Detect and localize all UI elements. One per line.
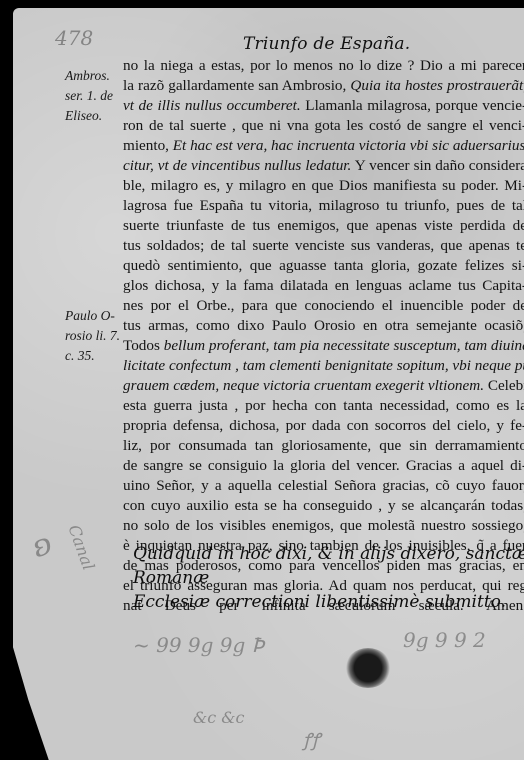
text-segment: tus armas, como dixo Paulo Orosio en otr… (123, 317, 524, 334)
text-line: liz, por consumada tan gloriosamente, qu… (123, 436, 524, 456)
text-line: con cuyo auxilio esta se ha conseguido ,… (123, 496, 524, 516)
handwritten-folio-number: 478 (55, 26, 93, 50)
text-segment: con cuyo auxilio esta se ha conseguido ,… (123, 497, 524, 514)
marginal-note-ambrose: Ambros. ser. 1. de Eliseo. (65, 66, 113, 126)
text-segment: no la niega a estas, por lo menos no lo … (123, 57, 524, 74)
text-line: quedò sentimiento, que aguasse tanta glo… (123, 256, 524, 276)
text-segment: esta guerra justa , por hecha con tanta … (123, 397, 524, 414)
document-page: 478 Triunfo de España. Ambros. ser. 1. d… (13, 8, 524, 760)
text-line: suerte triunfaste de tus enemigos, que a… (123, 216, 524, 236)
text-segment: miento, (123, 137, 173, 154)
text-line: esta guerra justa , por hecha con tanta … (123, 396, 524, 416)
text-line: grauem cædem, neque victoria cruentam ex… (123, 376, 524, 396)
colophon-line: Quidquid in hoc dixi, & in alijs dixero,… (133, 542, 524, 590)
text-line: la razõ gallardamente san Ambrosio, Quia… (123, 76, 524, 96)
marginal-line: rosio li. 7. (65, 326, 120, 346)
text-segment: de sangre se consiguio la gloria del ven… (123, 457, 524, 474)
text-segment: no solo de los visibles enemigos, que mo… (123, 517, 524, 534)
text-line: licitate confectum , tam clementi benign… (123, 356, 524, 376)
text-segment: Y vencer sin daño considera (351, 157, 524, 174)
marginal-note-orosius: Paulo O- rosio li. 7. c. 35. (65, 306, 120, 366)
marginal-line: Eliseo. (65, 106, 113, 126)
latin-quotation: Et hac est vera, hac incruenta victoria … (173, 137, 524, 154)
text-segment: propria defensa, dichosa, por dada con s… (123, 417, 524, 434)
text-line: lagrosa fue España tu vitoria, milagroso… (123, 196, 524, 216)
text-segment: lagrosa fue España tu vitoria, milagroso… (123, 197, 524, 214)
submission-colophon: Quidquid in hoc dixi, & in alijs dixero,… (133, 542, 524, 614)
text-line: uino Señor, y a aquella celestial Señora… (123, 476, 524, 496)
colophon-line: Ecclesiæ correctioni libentissimè submit… (133, 590, 524, 614)
handwritten-scribble: ʚ (28, 526, 57, 565)
text-segment: la razõ gallardamente san Ambrosio, (123, 77, 350, 94)
marginal-line: c. 35. (65, 346, 120, 366)
text-segment: uino Señor, y a aquella celestial Señora… (123, 477, 524, 494)
text-segment: nes por el Orbe., para que conociendo el… (123, 297, 524, 314)
text-line: propria defensa, dichosa, por dada con s… (123, 416, 524, 436)
text-segment: tus soldados; de tal suerte venciste sus… (123, 237, 524, 254)
text-line: no la niega a estas, por lo menos no lo … (123, 56, 524, 76)
marginal-line: ser. 1. de (65, 86, 113, 106)
text-segment: Llamanla milagrosa, porque vencie- (301, 97, 524, 114)
text-line: ron de tal suerte , que ni vna gota les … (123, 116, 524, 136)
marginal-line: Paulo O- (65, 306, 120, 326)
text-segment: suerte triunfaste de tus enemigos, que a… (123, 217, 524, 234)
text-line: citur, vt de vincentibus nullus ledatur.… (123, 156, 524, 176)
text-segment: ron de tal suerte , que ni vna gota les … (123, 117, 524, 134)
text-line: de sangre se consiguio la gloria del ven… (123, 456, 524, 476)
text-line: tus soldados; de tal suerte venciste sus… (123, 236, 524, 256)
text-line: glos dichosa, y la fama dilatada en leng… (123, 276, 524, 296)
latin-quotation: vt de illis nullus occumberet. (123, 97, 301, 114)
text-line: nes por el Orbe., para que conociendo el… (123, 296, 524, 316)
latin-quotation: Quia ita hostes prostrauerãt, (350, 77, 524, 94)
latin-quotation: citur, vt de vincentibus nullus ledatur. (123, 157, 351, 174)
marginal-line: Ambros. (65, 66, 113, 86)
text-segment: ble, milagro es, y milagro en que Dios m… (123, 177, 524, 194)
latin-quotation: licitate confectum , tam clementi benign… (123, 357, 524, 374)
running-head: Triunfo de España. (243, 34, 410, 54)
text-line: ble, milagro es, y milagro en que Dios m… (123, 176, 524, 196)
latin-quotation: grauem cædem, neque victoria cruentam ex… (123, 377, 484, 394)
handwritten-scribble: ~ 99 9g 9g Ꝥ (133, 633, 264, 657)
text-line: tus armas, como dixo Paulo Orosio en otr… (123, 316, 524, 336)
text-line: Todos bellum proferant, tam pia necessit… (123, 336, 524, 356)
body-text: no la niega a estas, por lo menos no lo … (123, 56, 524, 616)
text-segment: glos dichosa, y la fama dilatada en leng… (123, 277, 524, 294)
handwritten-scribble: &c &c (193, 708, 245, 727)
text-line: vt de illis nullus occumberet. Llamanla … (123, 96, 524, 116)
text-segment: Celebren (484, 377, 524, 394)
text-segment: quedò sentimiento, que aguasse tanta glo… (123, 257, 524, 274)
handwritten-scribble: ꝭꝭ (303, 728, 320, 752)
text-line: no solo de los visibles enemigos, que mo… (123, 516, 524, 536)
handwritten-scribble: Canal (64, 522, 98, 572)
text-segment: Todos (123, 337, 164, 354)
latin-quotation: bellum proferant, tam pia necessitate su… (164, 337, 524, 354)
handwritten-scribble: 9g 9 9 2 (403, 628, 486, 652)
text-line: miento, Et hac est vera, hac incruenta v… (123, 136, 524, 156)
ink-blot (345, 648, 391, 688)
text-segment: liz, por consumada tan gloriosamente, qu… (123, 437, 524, 454)
